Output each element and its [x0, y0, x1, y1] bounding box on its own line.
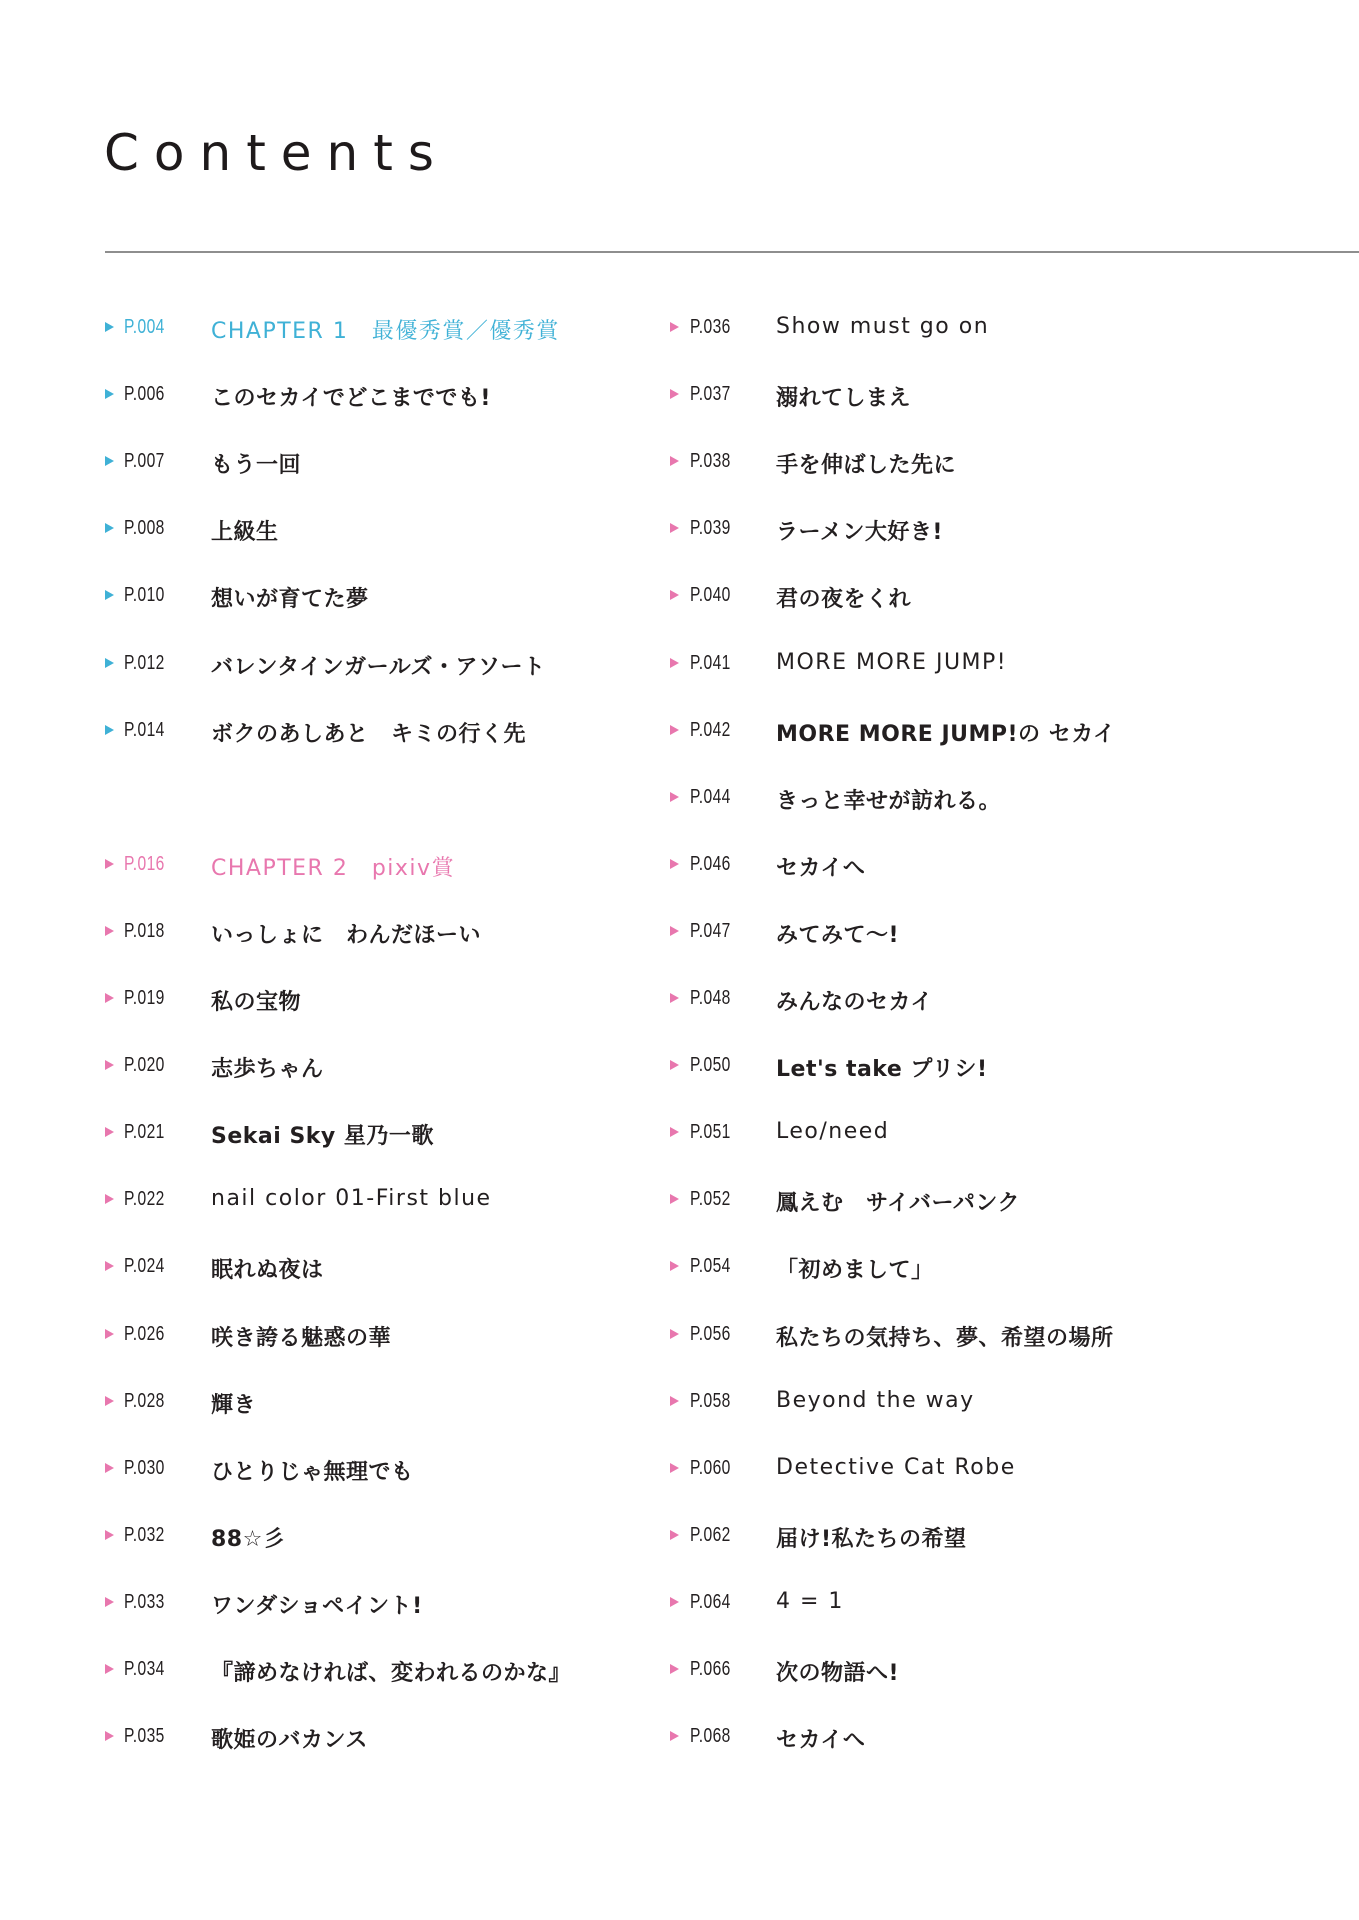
- entry-title: セカイへ: [776, 1723, 865, 1754]
- triangle-arrow-icon: [670, 993, 679, 1003]
- entry-title: Let's take プリシ!: [776, 1052, 988, 1083]
- entry-title: 私たちの気持ち、夢、希望の場所: [776, 1321, 1114, 1352]
- page-number: P.056: [690, 1323, 731, 1346]
- page-number: P.039: [690, 517, 731, 540]
- entry-title: 届け!私たちの希望: [776, 1522, 967, 1553]
- entry-title: MORE MORE JUMP!: [776, 650, 1007, 675]
- page-number: P.040: [690, 584, 731, 607]
- page-number: P.044: [690, 786, 731, 809]
- entry-title: 鳳えむ サイバーパンク: [776, 1186, 1020, 1217]
- toc-entry[interactable]: P.056私たちの気持ち、夢、希望の場所: [0, 1320, 1359, 1350]
- page-number: P.038: [690, 450, 731, 473]
- entry-title: ラーメン大好き!: [776, 515, 943, 546]
- page-number: P.064: [690, 1591, 731, 1614]
- page-number: P.041: [690, 652, 731, 675]
- toc-entry[interactable]: P.046セカイへ: [0, 850, 1359, 880]
- toc-entry[interactable]: P.0644 = 1: [0, 1588, 1359, 1618]
- page-number: P.042: [690, 719, 731, 742]
- triangle-arrow-icon: [670, 1731, 679, 1741]
- triangle-arrow-icon: [670, 926, 679, 936]
- toc-entry[interactable]: P.042MORE MORE JUMP!の セカイ: [0, 716, 1359, 746]
- header-divider: [105, 251, 1359, 253]
- triangle-arrow-icon: [670, 725, 679, 735]
- toc-entry[interactable]: P.040君の夜をくれ: [0, 581, 1359, 611]
- triangle-arrow-icon: [670, 456, 679, 466]
- page-number: P.051: [690, 1121, 731, 1144]
- page-number: P.068: [690, 1725, 731, 1748]
- toc-entry[interactable]: P.062届け!私たちの希望: [0, 1521, 1359, 1551]
- page-number: P.052: [690, 1188, 731, 1211]
- entry-title: みんなのセカイ: [776, 985, 933, 1016]
- entry-title: 君の夜をくれ: [776, 582, 911, 613]
- triangle-arrow-icon: [670, 1127, 679, 1137]
- toc-entry[interactable]: P.037溺れてしまえ: [0, 380, 1359, 410]
- toc-entry[interactable]: P.052鳳えむ サイバーパンク: [0, 1185, 1359, 1215]
- page-number: P.054: [690, 1255, 731, 1278]
- triangle-arrow-icon: [670, 658, 679, 668]
- toc-entry[interactable]: P.036Show must go on: [0, 313, 1359, 343]
- page-number: P.048: [690, 987, 731, 1010]
- page-number: P.050: [690, 1054, 731, 1077]
- page-number: P.066: [690, 1658, 731, 1681]
- triangle-arrow-icon: [670, 1060, 679, 1070]
- page-number: P.062: [690, 1524, 731, 1547]
- toc-entry[interactable]: P.047みてみて～!: [0, 917, 1359, 947]
- toc-entry[interactable]: P.039ラーメン大好き!: [0, 514, 1359, 544]
- toc-entry[interactable]: P.054「初めまして」: [0, 1252, 1359, 1282]
- toc-entry[interactable]: P.050Let's take プリシ!: [0, 1051, 1359, 1081]
- page-title: Contents: [104, 128, 449, 178]
- triangle-arrow-icon: [670, 1261, 679, 1271]
- entry-title: MORE MORE JUMP!の セカイ: [776, 717, 1116, 748]
- triangle-arrow-icon: [670, 389, 679, 399]
- triangle-arrow-icon: [670, 1664, 679, 1674]
- page-number: P.060: [690, 1457, 731, 1480]
- entry-title: Beyond the way: [776, 1388, 975, 1413]
- triangle-arrow-icon: [670, 1194, 679, 1204]
- page-number: P.058: [690, 1390, 731, 1413]
- page-number: P.046: [690, 853, 731, 876]
- entry-title: Detective Cat Robe: [776, 1455, 1016, 1480]
- toc-entry[interactable]: P.060Detective Cat Robe: [0, 1454, 1359, 1484]
- triangle-arrow-icon: [670, 859, 679, 869]
- page-number: P.037: [690, 383, 731, 406]
- page-number: P.036: [690, 316, 731, 339]
- entry-title: みてみて～!: [776, 918, 899, 949]
- toc-entry[interactable]: P.038手を伸ばした先に: [0, 447, 1359, 477]
- toc-entry[interactable]: P.051Leo/need: [0, 1118, 1359, 1148]
- toc-entry[interactable]: P.041MORE MORE JUMP!: [0, 649, 1359, 679]
- triangle-arrow-icon: [670, 1396, 679, 1406]
- triangle-arrow-icon: [670, 1329, 679, 1339]
- entry-title: 次の物語へ!: [776, 1656, 899, 1687]
- triangle-arrow-icon: [670, 523, 679, 533]
- entry-title: 4 = 1: [776, 1589, 844, 1614]
- triangle-arrow-icon: [670, 1597, 679, 1607]
- entry-title: Leo/need: [776, 1119, 889, 1144]
- entry-title: 溺れてしまえ: [776, 381, 911, 412]
- toc-entry[interactable]: P.044きっと幸せが訪れる。: [0, 783, 1359, 813]
- entry-title: Show must go on: [776, 314, 989, 339]
- toc-entry[interactable]: P.068セカイへ: [0, 1722, 1359, 1752]
- entry-title: 手を伸ばした先に: [776, 448, 956, 479]
- entry-title: 「初めまして」: [776, 1253, 934, 1284]
- triangle-arrow-icon: [670, 590, 679, 600]
- triangle-arrow-icon: [670, 322, 679, 332]
- triangle-arrow-icon: [670, 1530, 679, 1540]
- toc-entry[interactable]: P.048みんなのセカイ: [0, 984, 1359, 1014]
- toc-entry[interactable]: P.066次の物語へ!: [0, 1655, 1359, 1685]
- entry-title: きっと幸せが訪れる。: [776, 784, 1001, 815]
- triangle-arrow-icon: [670, 792, 679, 802]
- toc-entry[interactable]: P.058Beyond the way: [0, 1387, 1359, 1417]
- triangle-arrow-icon: [670, 1463, 679, 1473]
- entry-title: セカイへ: [776, 851, 865, 882]
- page-number: P.047: [690, 920, 731, 943]
